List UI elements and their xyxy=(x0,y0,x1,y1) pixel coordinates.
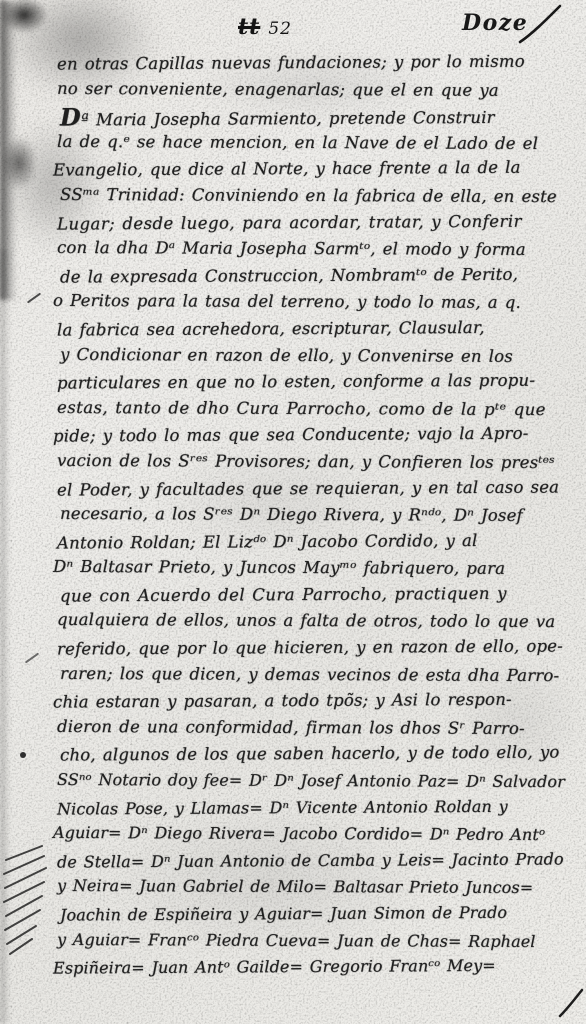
manuscript-line: la fabrica sea acrehedora, escripturar, … xyxy=(57,314,559,344)
margin-slash-mark xyxy=(25,653,39,664)
scan-artifact-left-edge-band xyxy=(0,0,17,300)
manuscript-line: Joachin de Espiñeira y Aguiar= Juan Simo… xyxy=(60,899,559,929)
manuscript-line: qualquiera de ellos, unos a falta de otr… xyxy=(57,607,559,636)
manuscript-line: el Poder, y facultades que se requieran,… xyxy=(57,474,559,504)
manuscript-line: estas, tanto de dho Cura Parrocho, como … xyxy=(57,395,559,424)
manuscript-line: no ser conveniente, enagenarlas; que el … xyxy=(57,75,559,104)
corner-pen-stroke xyxy=(558,988,584,1018)
manuscript-line: vacion de los Sʳᵉˢ Provisores; dan, y Co… xyxy=(57,448,559,477)
scan-artifact-left-blob xyxy=(0,128,42,198)
margin-ink-dot xyxy=(20,752,26,758)
manuscript-line: raren; los que dicen, y demas vecinos de… xyxy=(60,661,559,690)
scan-artifact-left-edge-band-lower xyxy=(0,250,10,1024)
margin-scribble-mark xyxy=(2,842,50,957)
folio-mark: tt52 xyxy=(238,14,292,40)
manuscript-line: y Aguiar= Franᶜᵒ Piedra Cueva= Juan de C… xyxy=(57,926,559,955)
manuscript-line: Evangelio, que dice al Norte, y hace fre… xyxy=(53,155,559,185)
margin-slash-mark xyxy=(27,293,41,304)
manuscript-line: dieron de una conformidad, firman los dh… xyxy=(57,714,559,743)
manuscript-line: particulares en que no lo esten, conform… xyxy=(57,368,559,398)
manuscript-line: de Stella= Dⁿ Juan Antonio de Camba y Le… xyxy=(57,846,559,876)
manuscript-line: Dⁿ Baltasar Prieto, y Juncos Mayᵐᵒ fabri… xyxy=(53,554,559,583)
folio-crossed-out-letters: tt xyxy=(238,14,260,40)
manuscript-line: en otras Capillas nuevas fundaciones; y … xyxy=(57,48,559,78)
manuscript-line: o Peritos para la tasa del terreno, y to… xyxy=(53,288,559,317)
manuscript-line: y Neira= Juan Gabriel de Milo= Baltasar … xyxy=(57,873,559,902)
manuscript-line: con la dha Dᵃ Maria Josepha Sarmᵗᵒ, el m… xyxy=(57,235,559,264)
manuscript-text: en otras Capillas nuevas fundaciones; y … xyxy=(57,50,559,981)
manuscript-line: y Condicionar en razon de ello, y Conven… xyxy=(60,341,559,370)
manuscript-line: Nicolas Pose, y Llamas= Dⁿ Vicente Anton… xyxy=(57,793,559,823)
manuscript-line: SSᵐᵃ Trinidad: Conviniendo en la fabrica… xyxy=(60,182,559,211)
manuscript-line: Dª Maria Josepha Sarmiento, pretende Con… xyxy=(60,102,559,132)
scan-artifact-top-left-blob xyxy=(0,0,54,38)
manuscript-line: pide; y todo lo mas que sea Conducente; … xyxy=(53,421,559,451)
manuscript-line: chia estaran y pasaran, a todo tpõs; y A… xyxy=(53,687,559,717)
manuscript-line: cho, algunos de los que saben hacerlo, y… xyxy=(60,740,559,770)
page-number-word: Doze xyxy=(462,10,528,36)
manuscript-page: tt52 Doze en otras Capillas nuevas funda… xyxy=(0,0,586,1024)
folio-number: 52 xyxy=(268,19,292,39)
manuscript-line: referido, que por lo que hicieren, y en … xyxy=(57,634,559,664)
manuscript-line: Aguiar= Dⁿ Diego Rivera= Jacobo Cordido=… xyxy=(53,820,559,849)
manuscript-line: Lugar; desde luego, para acordar, tratar… xyxy=(57,208,559,238)
manuscript-line: de la expresada Construccion, Nombramᵗᵒ … xyxy=(60,261,559,291)
manuscript-line: Espiñeira= Juan Antᵒ Gailde= Gregorio Fr… xyxy=(53,953,559,983)
manuscript-line: que con Acuerdo del Cura Parrocho, pract… xyxy=(60,580,559,610)
manuscript-line: Antonio Roldan; El Lizᵈᵒ Dⁿ Jacobo Cordi… xyxy=(57,527,559,557)
manuscript-line: necesario, a los Sʳᵉˢ Dⁿ Diego Rivera, y… xyxy=(60,501,559,530)
manuscript-line: SSⁿᵒ Notario doy fee= Dʳ Dⁿ Josef Antoni… xyxy=(57,767,559,796)
manuscript-line: la de q.ᵉ se hace mencion, en la Nave de… xyxy=(57,129,559,158)
